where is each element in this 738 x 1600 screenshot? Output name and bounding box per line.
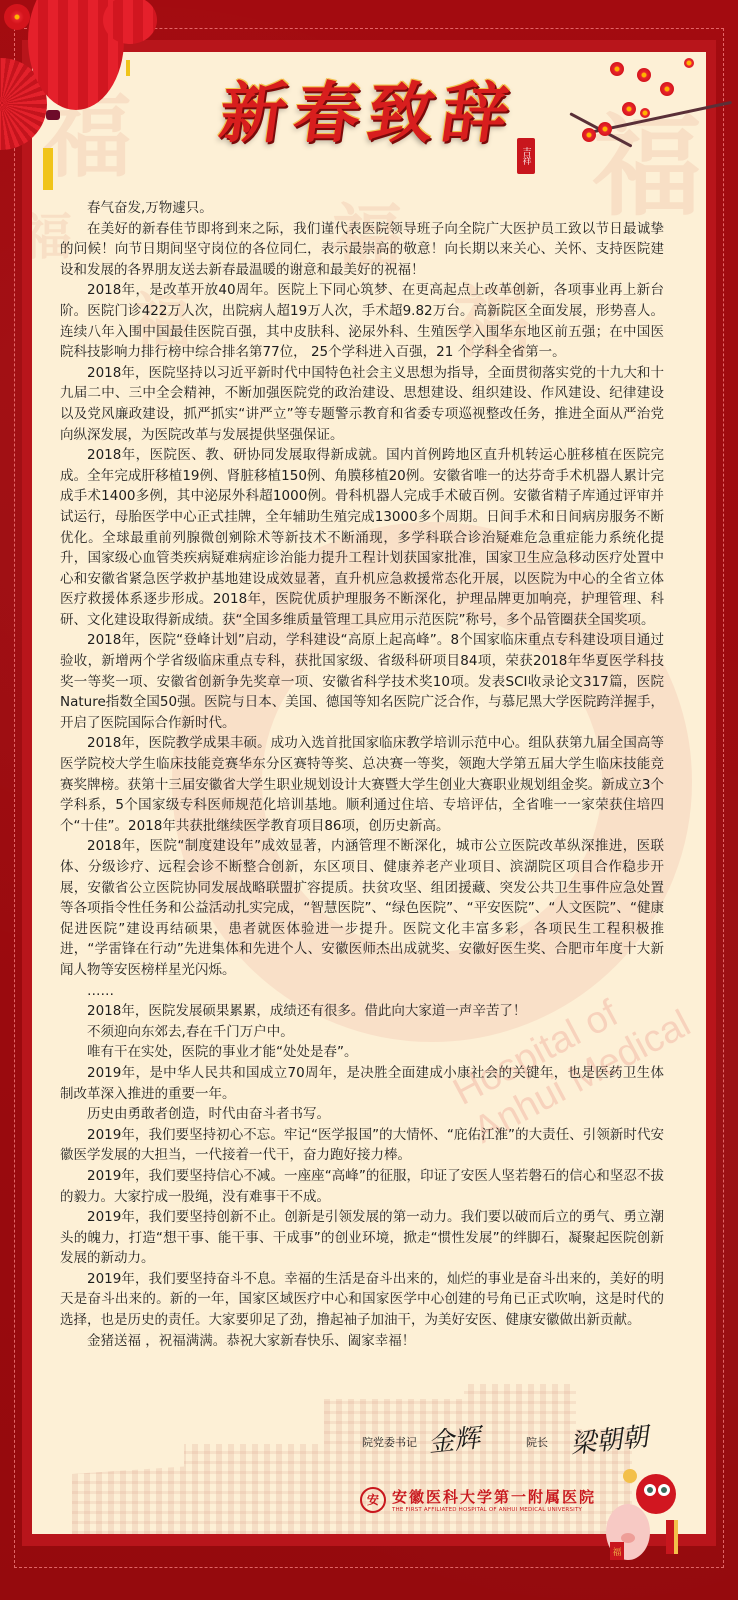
paragraph: 2019年，是中华人民共和国成立70周年，是决胜全面建成小康社会的关键年，也是医…: [60, 1063, 664, 1104]
paragraph: 2018年，医院“制度建设年”成效显著，内涵管理不断深化，城市公立医院改革纵深推…: [60, 836, 664, 980]
paragraph: 2018年，医院发展硕果累累，成绩还有很多。借此向大家道一声辛苦了！: [60, 1001, 664, 1022]
paragraph: 春气奋发,万物遽只。: [60, 198, 664, 219]
paragraph: 2018年，医院教学成果丰硕。成功入选首批国家临床教学培训示范中心。组队获第九届…: [60, 733, 664, 836]
secretary-signature: 金辉: [426, 1417, 482, 1459]
paragraph: 2019年，我们要坚持信心不减。一座座“高峰”的征服，印证了安医人坚若磐石的信心…: [60, 1166, 664, 1207]
paper-flower-icon: [4, 4, 30, 30]
closing-greeting: 金猪送福 ，祝福满满。恭祝大家新春快乐、阖家幸福！: [60, 1331, 664, 1352]
auspicious-seal: 吉祥: [517, 138, 535, 174]
paragraph: 唯有干在实处，医院的事业才能“处处是春”。: [60, 1042, 664, 1063]
paragraph: 2018年，医院“登峰计划”启动，学科建设“高原上起高峰”。8个国家临床重点专科…: [60, 630, 664, 733]
hospital-emblem-icon: 安: [360, 1487, 386, 1513]
page-title: 新春致辞: [214, 60, 523, 155]
paragraph: 2019年，我们要坚持初心不忘。牢记“医学报国”的大情怀、“庇佑江淮”的大责任、…: [60, 1125, 664, 1166]
hospital-name-cn: 安徽医科大学第一附属医院: [392, 1486, 596, 1507]
paragraph: 在美好的新春佳节即将到来之际，我们谨代表医院领导班子向全院广大医护员工致以节日最…: [60, 219, 664, 281]
hospital-name-en: THE FIRST AFFILIATED HOSPITAL OF ANHUI M…: [392, 1507, 596, 1513]
paragraph: 2018年，医院医、教、研协同发展取得新成就。国内首例跨地区直升机转运心脏移植在…: [60, 445, 664, 630]
title-banner: 新春致辞: [0, 60, 738, 155]
president-label: 院长: [526, 1434, 548, 1450]
paragraph: 2019年，我们要坚持奋斗不息。幸福的生活是奋斗出来的，灿烂的事业是奋斗出来的，…: [60, 1269, 664, 1331]
letter-body: 春气奋发,万物遽只。 在美好的新春佳节即将到来之际，我们谨代表医院领导班子向全院…: [60, 198, 664, 1351]
paragraph: 2019年，我们要坚持创新不止。创新是引领发展的第一动力。我们要以破而后立的勇气…: [60, 1207, 664, 1269]
paragraph: 2018年，是改革开放40周年。医院上下同心筑梦、在更高起点上改革创新，各项事业…: [60, 280, 664, 362]
lion-dance-pig-mascot-icon: 福: [580, 1460, 692, 1568]
paragraph: 不须迎向东郊去,春在千门万户中。: [60, 1022, 664, 1043]
paragraph: 历史由勇敢者创造，时代由奋斗者书写。: [60, 1104, 664, 1125]
paragraph: 2018年，医院坚持以习近平新时代中国特色社会主义思想为指导，全面贯彻落实党的十…: [60, 363, 664, 445]
ellipsis: ……: [60, 981, 664, 1002]
president-signature: 梁朝朝: [568, 1416, 649, 1461]
secretary-label: 院党委书记: [362, 1434, 417, 1450]
svg-text:福: 福: [612, 1546, 621, 1558]
hospital-logo: 安 安徽医科大学第一附属医院 THE FIRST AFFILIATED HOSP…: [360, 1486, 596, 1513]
